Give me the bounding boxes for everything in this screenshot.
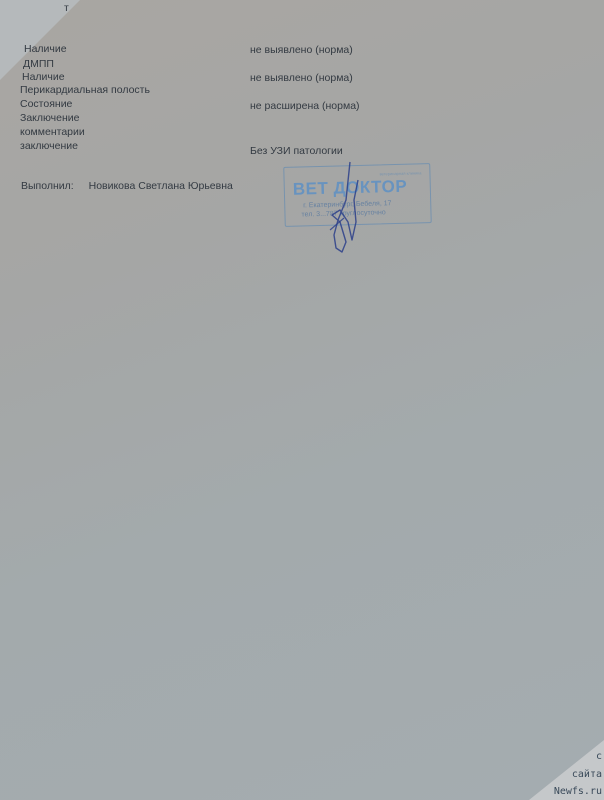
performed-by-label: Выполнил:	[21, 180, 74, 192]
label-presence-1: Наличие	[24, 43, 67, 55]
performed-by: Выполнил: Новикова Светлана Юрьевна	[21, 180, 233, 192]
watermark-line-2: сайта	[572, 769, 602, 780]
watermark-line-3: Newfs.ru	[554, 786, 602, 797]
label-final-conclusion: заключение	[20, 140, 78, 152]
label-comments: комментарии	[20, 126, 85, 138]
partial-label: т	[64, 2, 69, 14]
label-conclusion: Заключение	[20, 112, 79, 124]
label-vsd: ДМПП	[23, 58, 54, 70]
label-state: Состояние	[20, 98, 72, 110]
value-presence-1: не выявлено (норма)	[250, 44, 353, 56]
watermark-line-1: с	[596, 751, 602, 762]
stamp-subtitle: ветеринарная клиника	[379, 170, 421, 176]
value-state: не расширена (норма)	[250, 100, 360, 112]
signature-icon	[310, 160, 380, 260]
performed-by-name: Новикова Светлана Юрьевна	[89, 180, 233, 192]
label-pericardial-cavity: Перикардиальная полость	[20, 84, 150, 96]
value-conclusion: Без УЗИ патологии	[250, 145, 343, 157]
value-presence-2: не выявлено (норма)	[250, 72, 353, 84]
label-presence-2: Наличие	[22, 71, 65, 83]
